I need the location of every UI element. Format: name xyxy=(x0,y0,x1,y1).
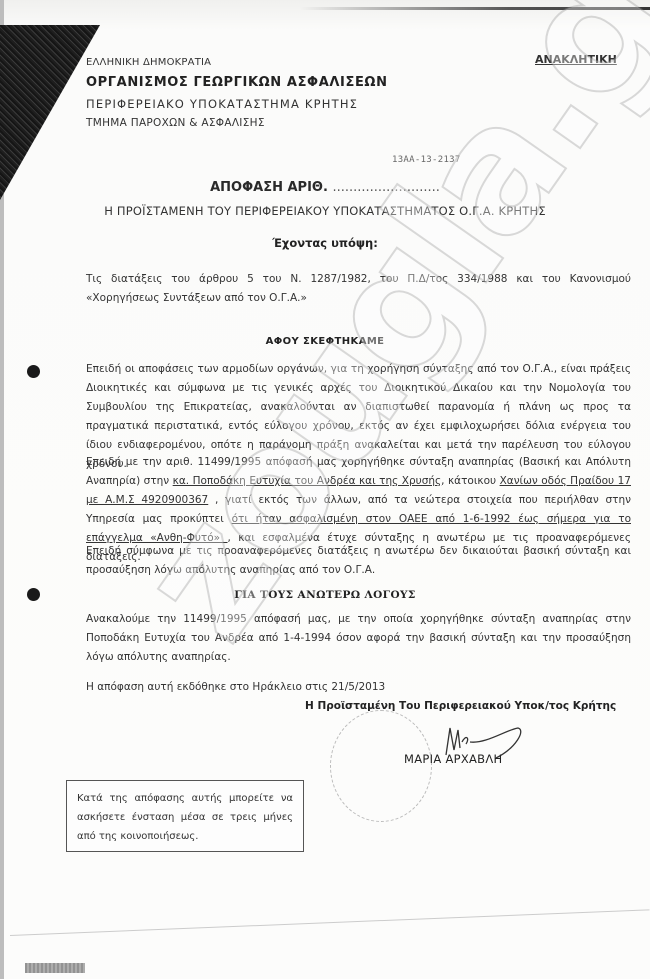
decision-issuer: Η ΠΡΟΪΣΤΑΜΕΝΗ ΤΟΥ ΠΕΡΙΦΕΡΕΙΑΚΟΥ ΥΠΟΚΑΤΑΣ… xyxy=(0,204,650,218)
paragraph-not-entitled: Επειδή σύμφωνα με τις προαναφερόμενες δι… xyxy=(86,542,631,580)
header-department: ΤΜΗΜΑ ΠΑΡΟΧΩΝ & ΑΣΦΑΛΙΣΗΣ xyxy=(86,117,265,129)
punch-hole-icon xyxy=(27,365,40,378)
header-branch: ΠΕΡΙΦΕΡΕΙΑΚΟ ΥΠΟΚΑΤΑΣΤΗΜΑ ΚΡΗΤΗΣ xyxy=(86,97,358,111)
protocol-number: 13ΑΑ-13-2137 xyxy=(392,155,461,165)
header-republic: ΕΛΛΗΝΙΚΗ ΔΗΜΟΚΡΑΤΙΑ xyxy=(86,57,211,68)
paragraph-revocation: Ανακαλούμε την 11499/1995 απόφασή μας, μ… xyxy=(86,610,631,667)
scanned-document-page: ΕΛΛΗΝΙΚΗ ΔΗΜΟΚΡΑΤΙΑ ΟΡΓΑΝΙΣΜΟΣ ΓΕΩΡΓΙΚΩΝ… xyxy=(0,0,650,979)
signatory-name: ΜΑΡΙΑ ΑΡΧΑΒΛΗ xyxy=(404,752,503,766)
considering-heading: Έχοντας υπόψη: xyxy=(0,236,650,250)
header-organization: ΟΡΓΑΝΙΣΜΟΣ ΓΕΩΡΓΙΚΩΝ ΑΣΦΑΛΙΣΕΩΝ xyxy=(86,75,388,90)
scan-smudge xyxy=(25,963,85,973)
beneficiary-parents: του Ανδρέα και της Χρυσής xyxy=(294,475,441,487)
official-stamp-icon xyxy=(330,710,432,822)
signatory-title: Η Προϊσταμένη Του Περιφερειακού Υποκ/τος… xyxy=(305,700,616,712)
p2-text-3: , κάτοικου xyxy=(441,475,499,487)
heading-having-considered: ΑΦΟΥ ΣΚΕΦΤΗΚΑΜΕ xyxy=(0,336,650,347)
scan-shadow-corner xyxy=(0,25,100,200)
scan-fold-line xyxy=(10,909,650,936)
document-type-label: ΑΝΑΚΛΗΤΙΚΗ xyxy=(535,53,617,66)
issued-statement: Η απόφαση αυτή εκδόθηκε στο Ηράκλειο στι… xyxy=(86,678,631,697)
heading-for-these-reasons: ΓΙΑ ΤΟΥΣ ΑΝΩΤΕΡΩ ΛΟΓΟΥΣ xyxy=(0,589,650,601)
scan-edge-top xyxy=(300,7,650,10)
law-paragraph: Τις διατάξεις του άρθρου 5 του Ν. 1287/1… xyxy=(86,270,631,308)
beneficiary-name: κα. Ποποδάκη Ευτυχία xyxy=(173,475,295,487)
decision-number-blank: .......................... xyxy=(332,180,439,195)
decision-title-text: ΑΠΟΦΑΣΗ ΑΡΙΘ. xyxy=(210,180,328,195)
appeal-notice-box: Κατά της απόφασης αυτής μπορείτε να ασκή… xyxy=(66,780,304,852)
decision-title: ΑΠΟΦΑΣΗ ΑΡΙΘ. .......................... xyxy=(0,180,650,195)
